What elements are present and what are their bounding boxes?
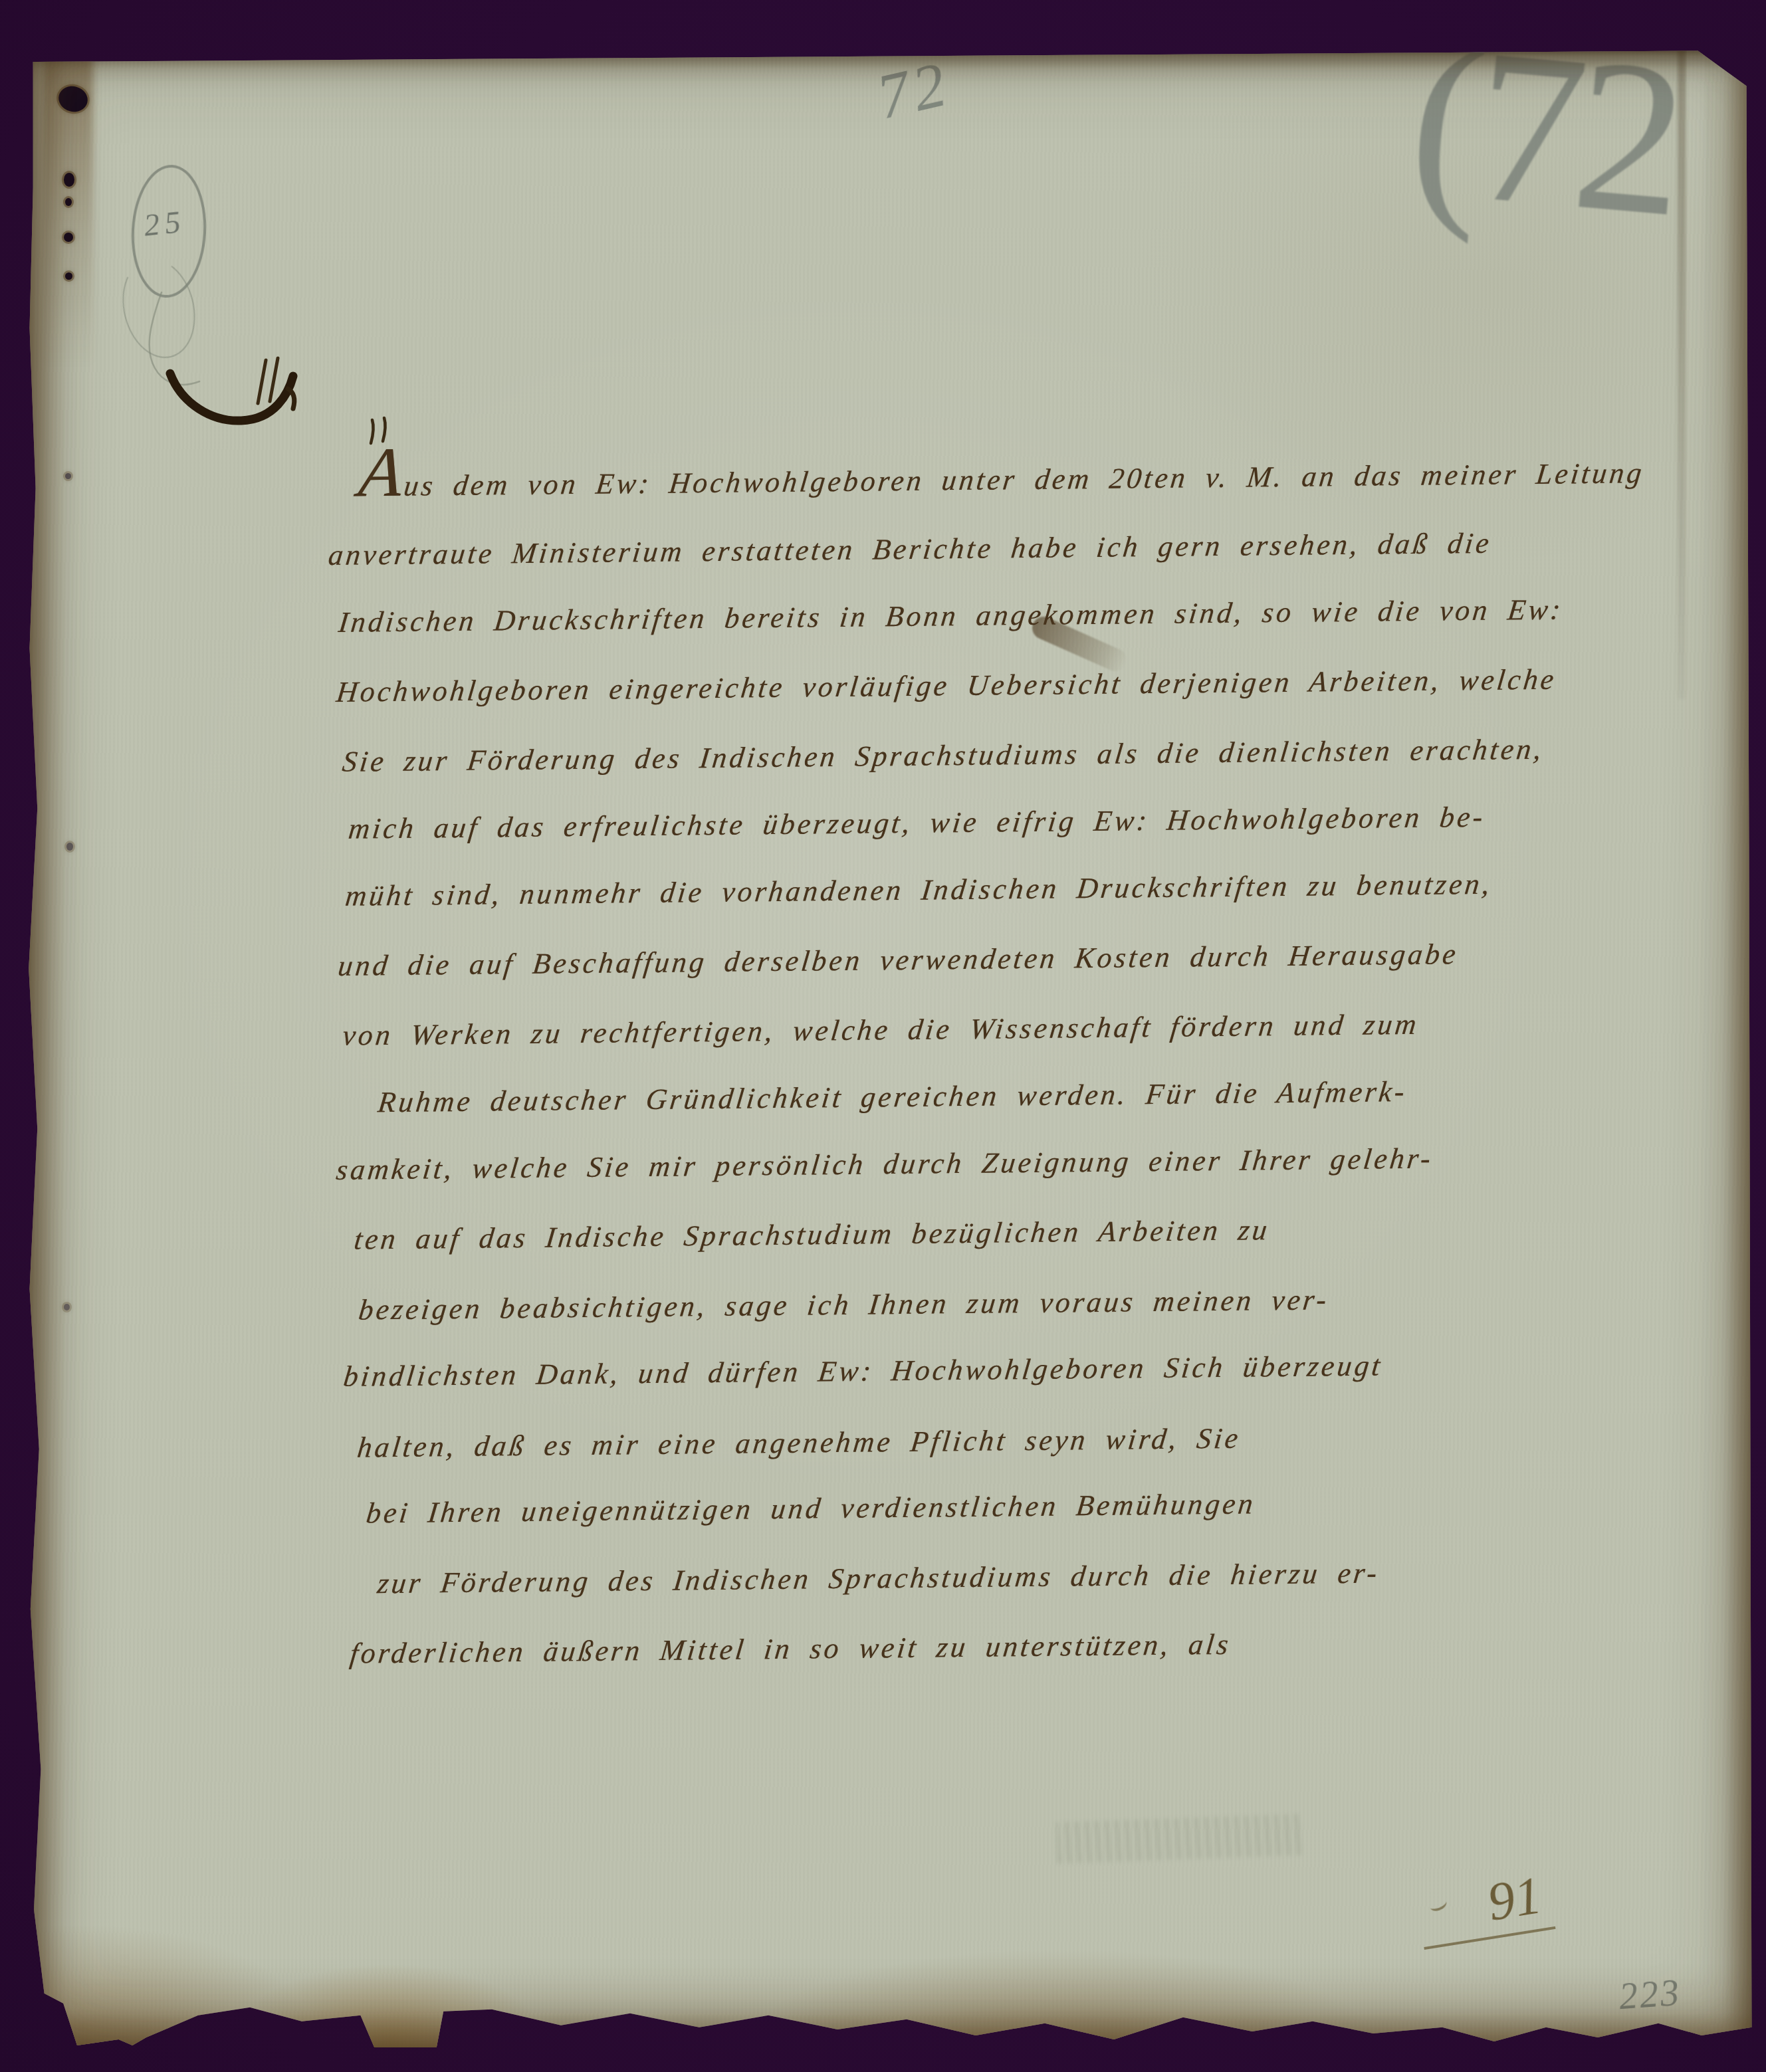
letter-line: müht sind, nunmehr die vorhandenen Indis… xyxy=(328,847,1738,930)
binding-hole xyxy=(66,843,73,851)
binding-hole xyxy=(65,272,72,280)
letter-line: ten auf das Indische Sprachstudium bezüg… xyxy=(332,1191,1741,1274)
letter-line: bei Ihren uneigennützigen und verdienstl… xyxy=(335,1465,1745,1548)
letter-line: Indischen Druckschriften bereits in Bonn… xyxy=(326,573,1735,657)
letter-line: samkeit, welche Sie mir persönlich durch… xyxy=(331,1121,1741,1204)
binding-hole xyxy=(65,473,71,479)
folio-number-top-pencil: 72 xyxy=(870,46,956,134)
binding-hole xyxy=(64,1304,70,1310)
binding-hole xyxy=(65,198,72,206)
binding-hole xyxy=(64,173,74,187)
letter-line: forderlichen äußern Mittel in so weit zu… xyxy=(336,1605,1745,1688)
letter-body: Aus dem von Ew: Hochwohlgeboren unter de… xyxy=(323,438,1738,1685)
ink-number-mark: 91 xyxy=(1414,1864,1555,1950)
manuscript-page: 25 72 (72 Aus dem von Ew: Hochwohlgebore… xyxy=(25,48,1753,2049)
letter-line: zur Förderung des Indischen Sprachstudiu… xyxy=(335,1535,1745,1618)
circled-page-number-value: 25 xyxy=(142,204,187,244)
archive-page-number: 223 xyxy=(1618,1972,1682,2018)
scanner-background: 25 72 (72 Aus dem von Ew: Hochwohlgebore… xyxy=(0,0,1766,2072)
letter-line: Hochwohlgeboren eingereichte vorläufige … xyxy=(326,643,1736,726)
faint-offset-smudge xyxy=(1056,1814,1303,1864)
opening-flourish xyxy=(105,267,424,460)
folio-number-corner-pencil: (72 xyxy=(1402,0,1686,262)
binding-hole xyxy=(64,233,73,242)
letter-line: und die auf Beschaffung derselben verwen… xyxy=(329,917,1739,1000)
letter-line: bindlichsten Dank, und dürfen Ew: Hochwo… xyxy=(333,1328,1743,1411)
